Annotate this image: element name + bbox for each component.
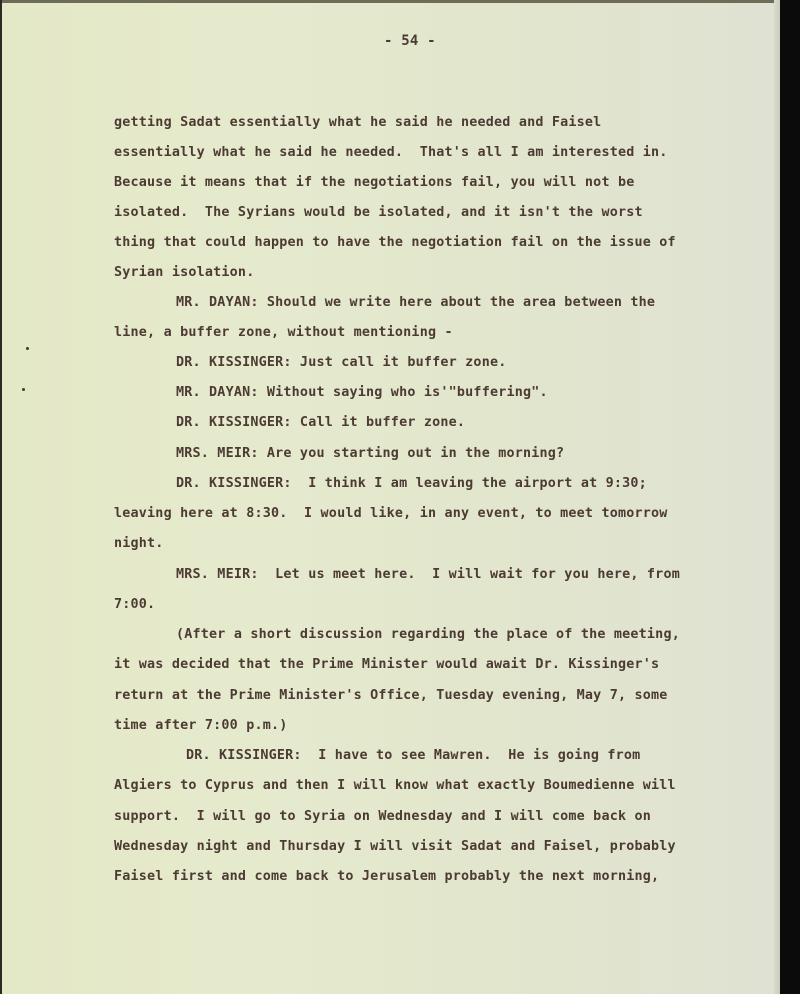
- text-line: night.: [114, 536, 164, 551]
- scan-speck: [26, 347, 29, 350]
- text-line: DR. KISSINGER: I have to see Mawren. He …: [186, 748, 640, 763]
- document-page: - 54 - getting Sadat essentially what he…: [0, 0, 778, 994]
- scan-speck: [22, 388, 25, 391]
- text-line: Wednesday night and Thursday I will visi…: [114, 839, 676, 854]
- text-line: Syrian isolation.: [114, 265, 254, 280]
- text-line: DR. KISSINGER: Call it buffer zone.: [176, 415, 465, 430]
- text-line: MR. DAYAN: Without saying who is'"buffer…: [176, 385, 548, 400]
- text-line: Algiers to Cyprus and then I will know w…: [114, 778, 676, 793]
- text-line: return at the Prime Minister's Office, T…: [114, 688, 668, 703]
- text-line: MRS. MEIR: Let us meet here. I will wait…: [176, 567, 680, 582]
- text-line: DR. KISSINGER: Just call it buffer zone.: [176, 355, 506, 370]
- text-line: getting Sadat essentially what he said h…: [114, 115, 601, 130]
- page-number: - 54 -: [384, 33, 436, 49]
- text-line: time after 7:00 p.m.): [114, 718, 288, 733]
- text-line: Faisel first and come back to Jerusalem …: [114, 869, 659, 884]
- scan-right-edge: [774, 0, 780, 994]
- text-line: MR. DAYAN: Should we write here about th…: [176, 295, 655, 310]
- text-line: DR. KISSINGER: I think I am leaving the …: [176, 476, 647, 491]
- text-line: isolated. The Syrians would be isolated,…: [114, 205, 643, 220]
- scan-top-edge: [2, 0, 780, 3]
- text-line: 7:00.: [114, 597, 155, 612]
- text-line: it was decided that the Prime Minister w…: [114, 657, 659, 672]
- text-line: thing that could happen to have the nego…: [114, 235, 676, 250]
- text-line: Because it means that if the negotiation…: [114, 175, 635, 190]
- text-line: leaving here at 8:30. I would like, in a…: [114, 506, 668, 521]
- text-line: line, a buffer zone, without mentioning …: [114, 325, 453, 340]
- text-line: support. I will go to Syria on Wednesday…: [114, 809, 651, 824]
- text-line: essentially what he said he needed. That…: [114, 145, 668, 160]
- text-line: MRS. MEIR: Are you starting out in the m…: [176, 446, 564, 461]
- text-line: (After a short discussion regarding the …: [176, 627, 680, 642]
